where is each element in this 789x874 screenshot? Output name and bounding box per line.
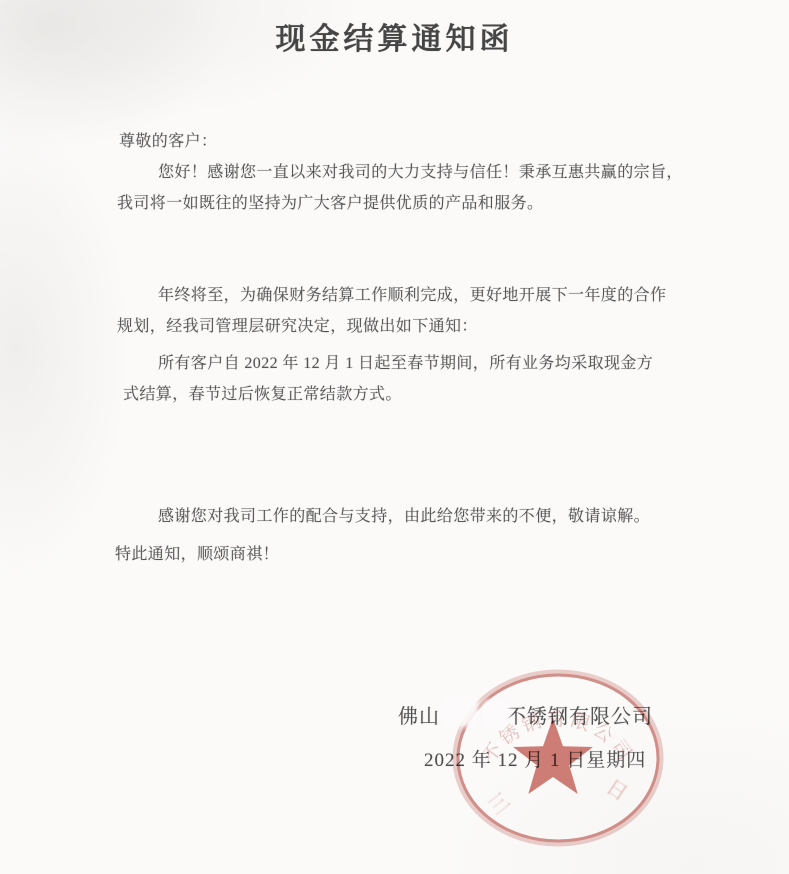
- signature-date: 2022 年 12 月 1 日星期四: [424, 745, 646, 772]
- company-name-suffix: 不锈钢有限公司: [506, 706, 653, 728]
- closing-line: 特此通知，顺颂商祺！: [115, 541, 279, 564]
- body-line: 感谢您对我司工作的配合与支持，由此给您带来的不便，敬请谅解。: [158, 503, 650, 526]
- document-title: 现金结算通知函: [0, 14, 789, 58]
- body-line: 式结算，春节过后恢复正常结款方式。: [123, 381, 402, 404]
- body-line: 规划，经我司管理层研究决定，现做出如下通知：: [117, 313, 478, 336]
- letter-page: 现金结算通知函 尊敬的客户： 您好！感谢您一直以来对我司的大力支持与信任！秉承互…: [0, 0, 789, 874]
- body-line: 我司将一如既往的坚持为广大客户提供优质的产品和服务。: [117, 190, 543, 213]
- body-line: 年终将至，为确保财务结算工作顺利完成，更好地开展下一年度的合作: [158, 282, 666, 305]
- seal-faint-glyph: 三: [481, 785, 515, 820]
- redaction-blur: [441, 697, 479, 727]
- seal-faint-glyph: 日: [602, 771, 635, 806]
- company-name-prefix: 佛山: [398, 706, 440, 728]
- body-line: 所有客户自 2022 年 12 月 1 日起至春节期间，所有业务均采取现金方: [158, 350, 653, 373]
- signature-company-line: 佛山不锈钢有限公司: [398, 700, 653, 729]
- redaction-blur: [482, 700, 510, 727]
- body-line: 您好！感谢您一直以来对我司的大力支持与信任！秉承互惠共赢的宗旨，: [158, 159, 683, 182]
- salutation: 尊敬的客户：: [119, 128, 217, 151]
